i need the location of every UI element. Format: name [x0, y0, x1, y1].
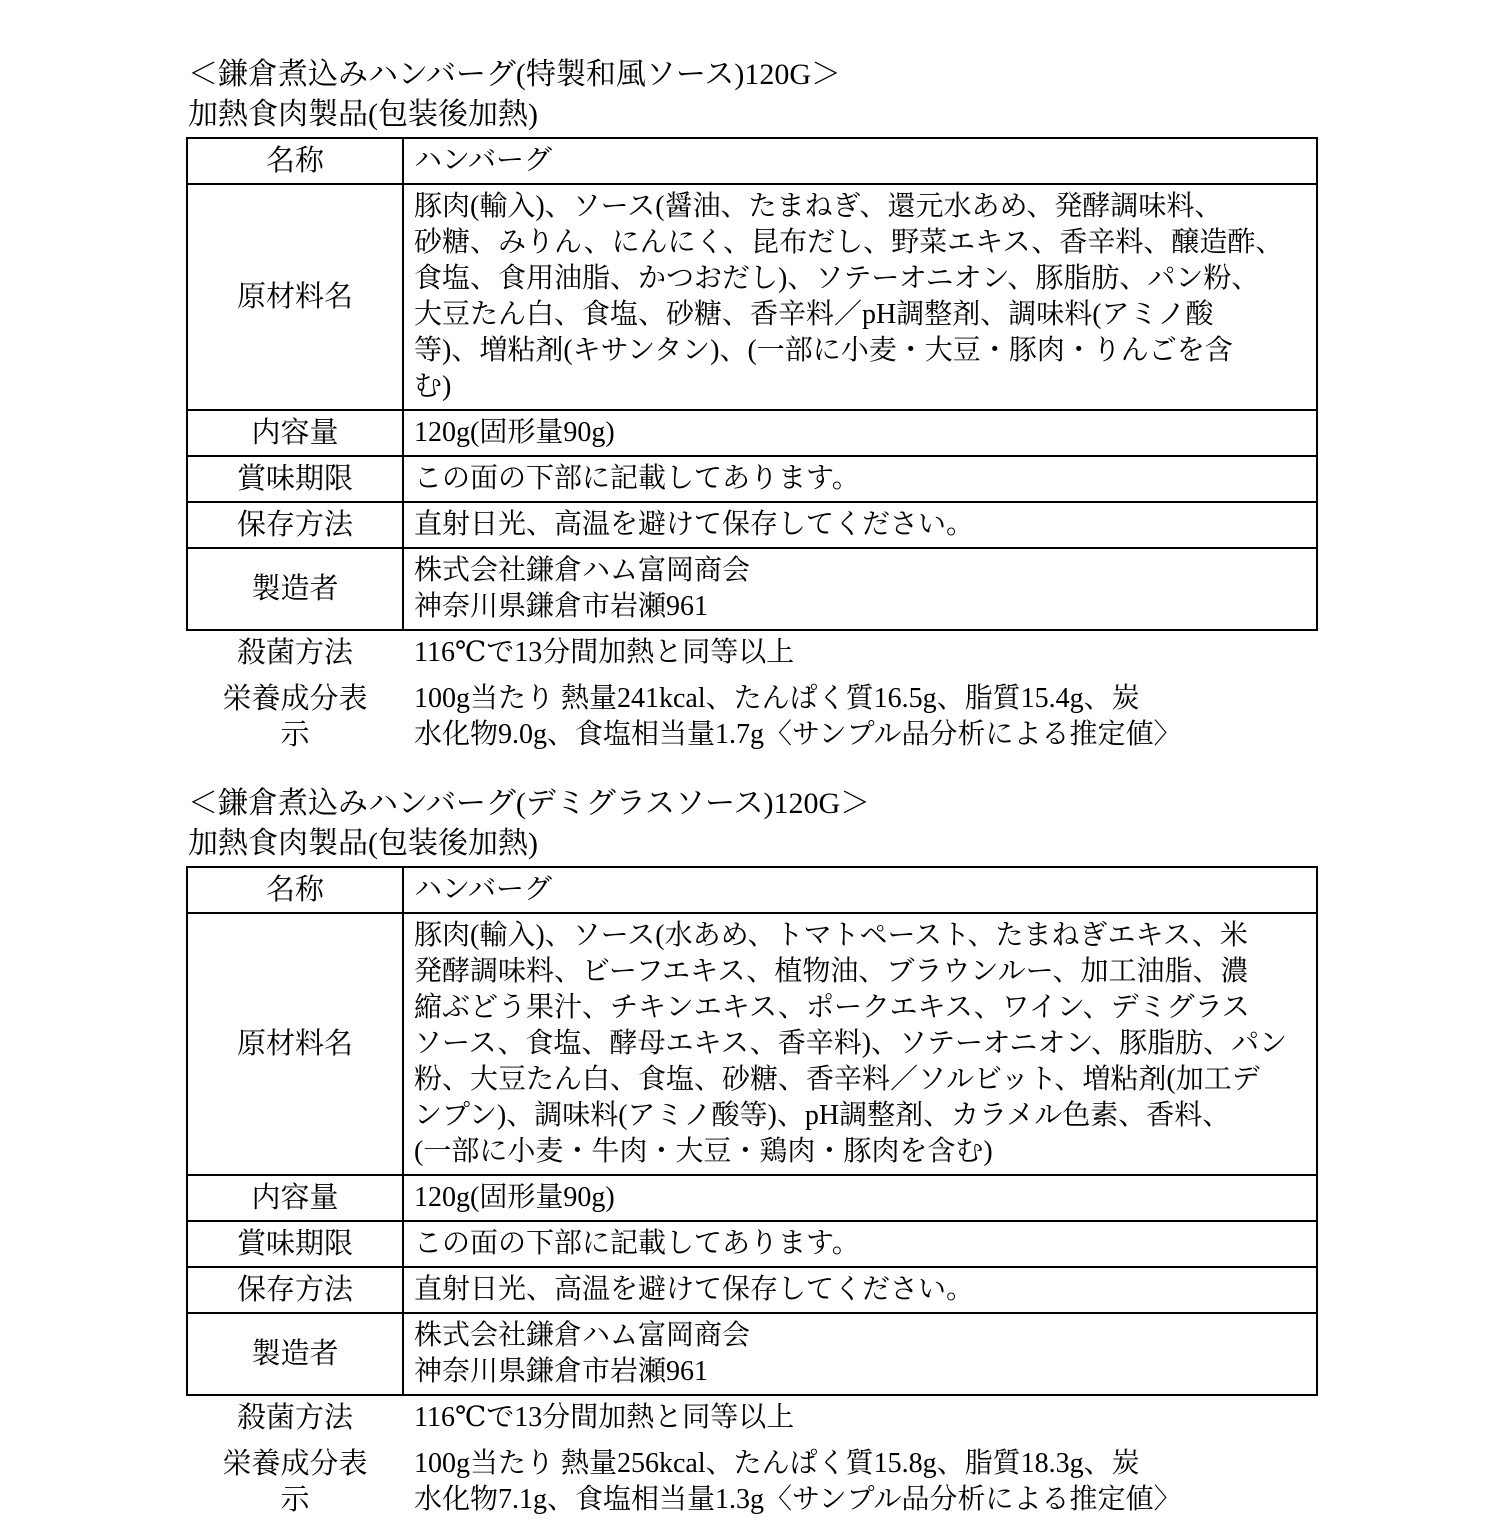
row-value: 116℃で13分間加熱と同等以上	[404, 1396, 1316, 1440]
row-value: 豚肉(輸入)、ソース(水あめ、トマトペースト、たまねぎエキス、米 発酵調味料、ビ…	[404, 914, 1316, 1174]
product-title: ＜鎌倉煮込みハンバーグ(特製和風ソース)120G＞	[188, 56, 1318, 94]
spec-row-nutrition: 栄養成分表示 100g当たり 熱量241kcal、たんぱく質16.5g、脂質15…	[186, 675, 1318, 759]
row-value: 100g当たり 熱量256kcal、たんぱく質15.8g、脂質18.3g、炭 水…	[404, 1442, 1316, 1522]
product-type-label: 加熱食肉製品(包装後加熱)	[188, 825, 1318, 863]
product-title: ＜鎌倉煮込みハンバーグ(デミグラスソース)120G＞	[188, 785, 1318, 823]
row-label: 名称	[188, 868, 404, 912]
row-label: 栄養成分表示	[188, 677, 404, 757]
product-section-wafu: ＜鎌倉煮込みハンバーグ(特製和風ソース)120G＞ 加熱食肉製品(包装後加熱) …	[186, 56, 1318, 759]
row-value: 豚肉(輸入)、ソース(醤油、たまねぎ、還元水あめ、発酵調味料、 砂糖、みりん、に…	[404, 185, 1316, 409]
row-value: 直射日光、高温を避けて保存してください。	[404, 503, 1316, 547]
row-value: 100g当たり 熱量241kcal、たんぱく質16.5g、脂質15.4g、炭 水…	[404, 677, 1316, 757]
label-sheet: ＜鎌倉煮込みハンバーグ(特製和風ソース)120G＞ 加熱食肉製品(包装後加熱) …	[186, 56, 1318, 1524]
spec-row-manufacturer: 製造者 株式会社鎌倉ハム富岡商会 神奈川県鎌倉市岩瀬961	[186, 1312, 1318, 1396]
row-label: 栄養成分表示	[188, 1442, 404, 1522]
spec-table: 名称 ハンバーグ 原材料名 豚肉(輸入)、ソース(醤油、たまねぎ、還元水あめ、発…	[186, 137, 1318, 759]
spec-row-storage: 保存方法 直射日光、高温を避けて保存してください。	[186, 1266, 1318, 1314]
row-label: 原材料名	[188, 914, 404, 1174]
spec-row-nutrition: 栄養成分表示 100g当たり 熱量256kcal、たんぱく質15.8g、脂質18…	[186, 1440, 1318, 1524]
spec-row-ingredients: 原材料名 豚肉(輸入)、ソース(醤油、たまねぎ、還元水あめ、発酵調味料、 砂糖、…	[186, 183, 1318, 411]
spec-row-sterilization: 殺菌方法 116℃で13分間加熱と同等以上	[186, 1394, 1318, 1442]
product-section-demiglace: ＜鎌倉煮込みハンバーグ(デミグラスソース)120G＞ 加熱食肉製品(包装後加熱)…	[186, 785, 1318, 1524]
row-label: 保存方法	[188, 503, 404, 547]
row-value: 120g(固形量90g)	[404, 411, 1316, 455]
spec-row-ingredients: 原材料名 豚肉(輸入)、ソース(水あめ、トマトペースト、たまねぎエキス、米 発酵…	[186, 912, 1318, 1176]
row-label: 名称	[188, 139, 404, 183]
row-label: 保存方法	[188, 1268, 404, 1312]
spec-row-name: 名称 ハンバーグ	[186, 137, 1318, 185]
row-label: 内容量	[188, 1176, 404, 1220]
row-value: ハンバーグ	[404, 868, 1316, 912]
row-label: 賞味期限	[188, 1222, 404, 1266]
spec-row-best-before: 賞味期限 この面の下部に記載してあります。	[186, 455, 1318, 503]
spec-row-storage: 保存方法 直射日光、高温を避けて保存してください。	[186, 501, 1318, 549]
row-label: 内容量	[188, 411, 404, 455]
row-value: ハンバーグ	[404, 139, 1316, 183]
row-label: 賞味期限	[188, 457, 404, 501]
row-value: この面の下部に記載してあります。	[404, 1222, 1316, 1266]
spec-row-net-weight: 内容量 120g(固形量90g)	[186, 409, 1318, 457]
row-value: 直射日光、高温を避けて保存してください。	[404, 1268, 1316, 1312]
row-value: 116℃で13分間加熱と同等以上	[404, 631, 1316, 675]
spec-row-manufacturer: 製造者 株式会社鎌倉ハム富岡商会 神奈川県鎌倉市岩瀬961	[186, 547, 1318, 631]
row-label: 原材料名	[188, 185, 404, 409]
row-value: 株式会社鎌倉ハム富岡商会 神奈川県鎌倉市岩瀬961	[404, 549, 1316, 629]
spec-row-net-weight: 内容量 120g(固形量90g)	[186, 1174, 1318, 1222]
row-label: 製造者	[188, 1314, 404, 1394]
row-label: 殺菌方法	[188, 631, 404, 675]
spec-row-sterilization: 殺菌方法 116℃で13分間加熱と同等以上	[186, 629, 1318, 677]
row-value: 120g(固形量90g)	[404, 1176, 1316, 1220]
row-label: 殺菌方法	[188, 1396, 404, 1440]
spec-table: 名称 ハンバーグ 原材料名 豚肉(輸入)、ソース(水あめ、トマトペースト、たまね…	[186, 866, 1318, 1524]
row-label: 製造者	[188, 549, 404, 629]
spec-row-name: 名称 ハンバーグ	[186, 866, 1318, 914]
row-value: この面の下部に記載してあります。	[404, 457, 1316, 501]
row-value: 株式会社鎌倉ハム富岡商会 神奈川県鎌倉市岩瀬961	[404, 1314, 1316, 1394]
product-type-label: 加熱食肉製品(包装後加熱)	[188, 96, 1318, 134]
spec-row-best-before: 賞味期限 この面の下部に記載してあります。	[186, 1220, 1318, 1268]
